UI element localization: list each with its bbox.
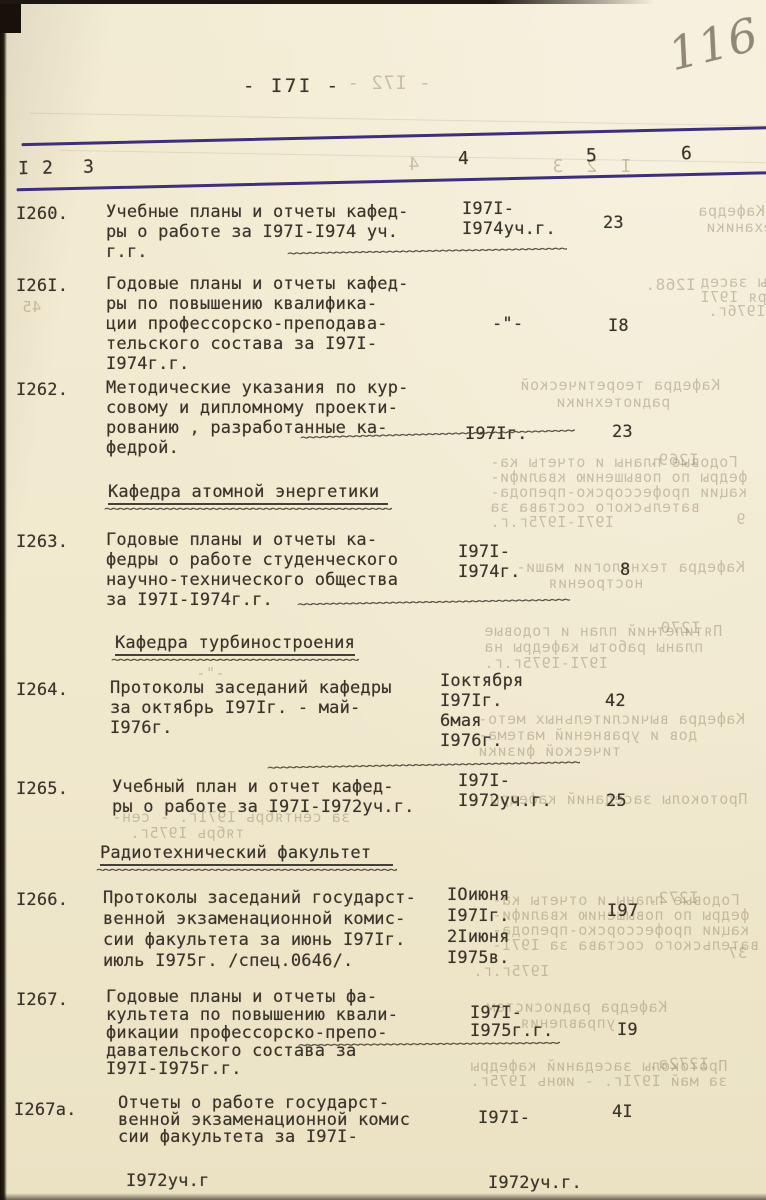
column-number: 5 (586, 145, 597, 166)
entry-dates: -"- (492, 314, 523, 334)
entry-description: Годовые планы и отчеты фа- культета по п… (106, 988, 398, 1078)
bleedthrough-text: 37 (728, 946, 747, 961)
entry-dates: IОиюня I97Iг. 2Iиюня I975в. (447, 885, 510, 969)
entry-description: Учебный план и отчет кафед- ры о работе … (112, 777, 415, 817)
entry-dates: I97I- I975г.г. (470, 1004, 553, 1040)
bleedthrough-text: Кафедра теоретической (520, 378, 720, 393)
entry-dates: I97I- I974г. (458, 542, 521, 582)
column-number: 4 (458, 148, 469, 169)
entry-number: I267а. (14, 1100, 77, 1120)
bleedthrough-text: I97I-I975г.г. (484, 656, 608, 671)
bleedthrough-text: вательского состава за I97I- (492, 938, 759, 953)
entry-number: I264. (16, 680, 68, 700)
column-number: 3 (83, 157, 94, 178)
entry-dates: I97I- (478, 1108, 530, 1128)
section-heading: Радиотехнический факультет (100, 843, 393, 866)
bleedthrough-text: планы работы кафедры на (484, 640, 703, 655)
entry-description: Отчеты о работе государст- венной экзаме… (118, 1095, 410, 1146)
typed-squiggle: ~~~~~~~~~~~~~~~~~~~~~~~~~~~~~~~~~~~~~~~~… (298, 1038, 560, 1052)
entry-number: I263. (16, 532, 68, 552)
entry-sheet-count: I9 (617, 1020, 638, 1040)
entry-number: I260. (16, 204, 68, 224)
heading-squiggle: ~~~~~~~~~~~~~~~~~~~~~~~~~~~~~~~~~~~~~~~~… (96, 865, 397, 877)
heading-squiggle: ~~~~~~~~~~~~~~~~~~~~~~~~~~~~~~~~~~~~~~~~… (111, 655, 359, 667)
entry-sheet-count: 8 (620, 560, 630, 580)
column-number: I (18, 158, 29, 179)
entry-sheet-count: 23 (603, 213, 624, 233)
entry-text: I972уч.г. (488, 1173, 582, 1193)
bleedthrough-text: 45 (22, 300, 41, 315)
entry-text: I972уч.г (126, 1171, 209, 1191)
section-heading: Кафедра турбиностроения (115, 633, 355, 656)
bleedthrough-text: тябрь I975г. (130, 826, 244, 841)
column-number: 6 (681, 143, 692, 164)
entry-description: Методические указания по кур- совому и д… (106, 378, 409, 458)
bleedthrough-text: I976г. (708, 304, 765, 319)
entry-number: I262. (16, 380, 68, 400)
bleedthrough-text: радиотехники (556, 395, 670, 410)
bleedthrough-text: Пятилетний план и годовые (484, 624, 722, 639)
entry-sheet-count: 23 (612, 422, 633, 442)
entry-sheet-count: I97 (607, 901, 638, 921)
entry-number: I26I. (16, 276, 68, 296)
entry-number: I265. (16, 779, 68, 799)
page-edge-left (0, 0, 7, 1200)
section-heading: Кафедра атомной энергетики (108, 482, 388, 505)
entry-sheet-count: 4I (612, 1102, 633, 1122)
entry-description: Протоколы заседаний государст- венной эк… (103, 888, 416, 972)
heading-squiggle: ~~~~~~~~~~~~~~~~~~~~~~~~~~~~~~~~~~~~~~~~… (104, 504, 392, 516)
entry-dates: Iоктября I97Iг. 6мая I976г. (440, 671, 523, 751)
bleedthrough-text: I97I-I975г.г. (490, 515, 614, 530)
entry-sheet-count: I8 (608, 316, 629, 336)
bleedthrough-text: 9 (736, 512, 746, 527)
entry-description: Годовые планы и отчеты кафед- ры по повы… (106, 274, 409, 374)
page-edge-top (0, 0, 655, 4)
entry-description: Протоколы заседаний кафедры за октябрь I… (110, 678, 392, 738)
entry-sheet-count: 25 (606, 791, 627, 811)
entry-number: I267. (16, 990, 68, 1010)
page-edge-corner (0, 0, 21, 33)
table-rule-top (22, 125, 766, 146)
bleedthrough-text: за май I97Iг. - июнь I975г. (470, 1074, 727, 1089)
page-edge-bottom (0, 1193, 766, 1200)
column-number: 2 (42, 157, 53, 178)
archive-page: - I72 -I 2 34КафедрамеханикиI268.Протоко… (0, 0, 766, 1200)
entry-number: I266. (16, 890, 68, 910)
bleedthrough-text: I268. (645, 277, 696, 293)
entry-dates: I97I- I974уч.г. (462, 199, 556, 239)
table-rule-bottom (17, 170, 766, 191)
entry-sheet-count: 42 (605, 691, 626, 711)
entry-dates: I97I- I972уч.г. (458, 771, 552, 811)
